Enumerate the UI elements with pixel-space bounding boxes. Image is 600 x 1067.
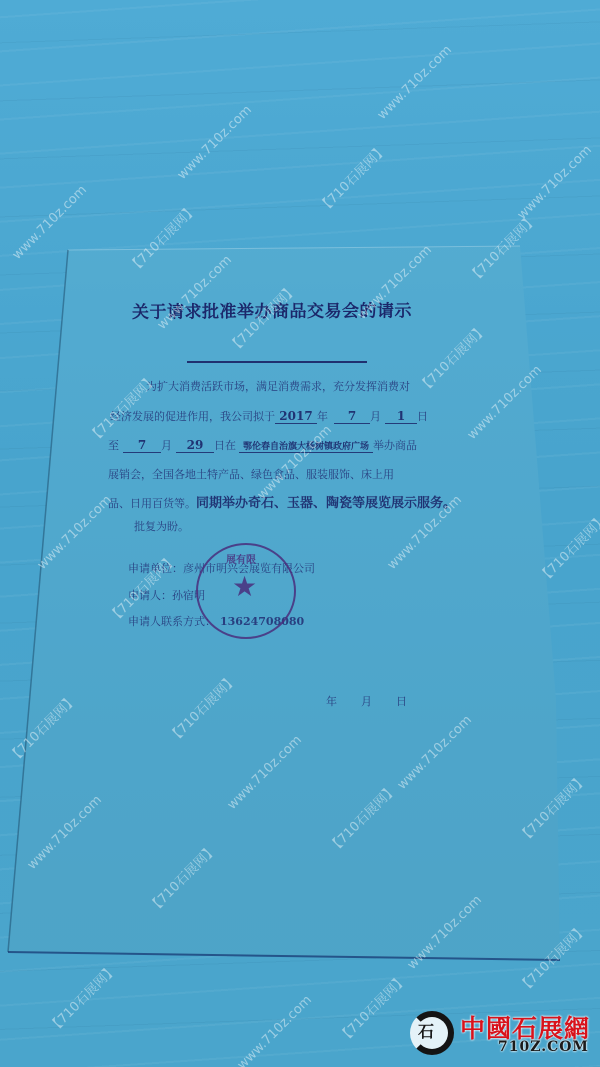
date-year-label: 年 (326, 695, 337, 708)
body-line-4: 展销会，全国各地土特产品、绿色食品、服装服饰、床上用 (108, 466, 394, 482)
body-line-2: 经济发展的促进作用，我公司拟于2017年7月1日 (110, 408, 428, 424)
end-day: 29 (176, 438, 214, 453)
applicant-unit-label: 申请单位： (128, 562, 183, 575)
document-content: 关于请求批准举办商品交易会的请示 为扩大消费活跃市场，满足消费需求，充分发挥消费… (0, 0, 600, 1067)
start-day: 1 (385, 409, 417, 424)
date-month-label: 月 (361, 695, 372, 708)
body-line-5-prefix: 品、日用百货等。 (108, 497, 196, 510)
signature-date-line: 年月日 (326, 693, 407, 709)
body-line-1: 为扩大消费活跃市场，满足消费需求，充分发挥消费对 (146, 378, 410, 394)
body-line-2-prefix: 经济发展的促进作用，我公司拟于 (110, 410, 275, 423)
site-logo[interactable]: 石 中國石展網 710Z.COM (404, 1005, 594, 1063)
body-line-3: 至7月29日在鄂伦春自治旗大杨树镇政府广场举办商品 (108, 437, 417, 453)
day-unit: 日 (417, 410, 428, 423)
seal-star-icon: ★ (232, 573, 257, 601)
event-location: 鄂伦春自治旗大杨树镇政府广场 (239, 439, 373, 453)
end-month: 7 (123, 438, 161, 453)
logo-glyph: 石 (418, 1019, 434, 1042)
at-word: 日在 (214, 439, 236, 452)
official-seal: 展有限 ★ (196, 543, 296, 639)
end-month-unit: 月 (161, 439, 172, 452)
document-title: 关于请求批准举办商品交易会的请示 (132, 296, 412, 322)
applicant-person: 申请人：孙宿明 (128, 587, 205, 603)
start-month: 7 (334, 409, 370, 424)
logo-url: 710Z.COM (498, 1039, 589, 1055)
date-day-label: 日 (396, 695, 407, 708)
year-unit: 年 (317, 410, 328, 423)
applicant-person-label: 申请人： (128, 589, 172, 602)
applicant-contact-label: 申请人联系方式： (128, 615, 216, 628)
month-unit: 月 (370, 410, 381, 423)
body-line-5-emphasis: 同期举办奇石、玉器、陶瓷等展览展示服务。 (196, 496, 456, 511)
body-line-5: 品、日用百货等。同期举办奇石、玉器、陶瓷等展览展示服务。 (108, 492, 456, 511)
start-year: 2017 (275, 409, 317, 424)
title-rule (187, 361, 367, 363)
body-line-3-suffix: 举办商品 (373, 439, 417, 452)
to-word: 至 (108, 439, 119, 452)
seal-text: 展有限 (226, 551, 256, 566)
closing-line: 批复为盼。 (134, 518, 189, 534)
